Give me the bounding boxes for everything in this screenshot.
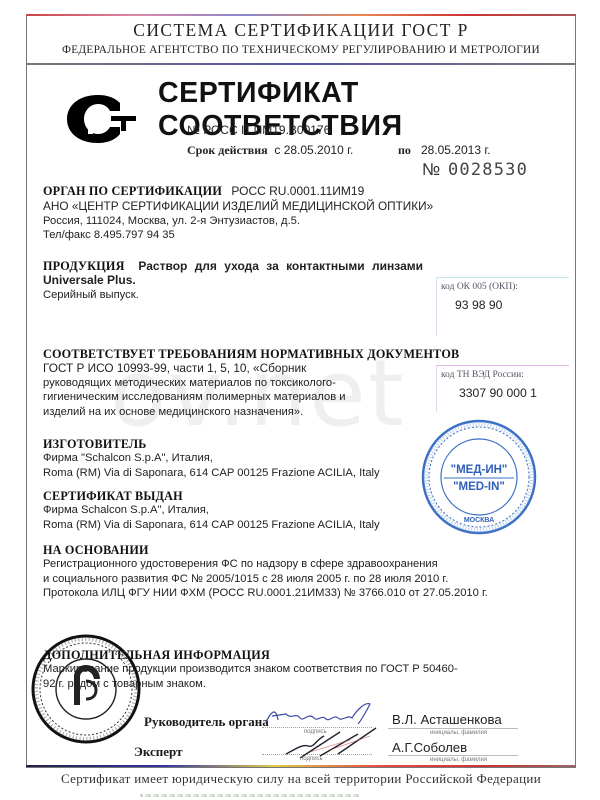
registration-number: № РОСС IT.ИМ19.В00176 — [187, 123, 330, 137]
printer-imprint — [140, 794, 360, 797]
head-name-caption: инициалы, фамилия — [430, 730, 487, 736]
expert-title: Эксперт — [134, 744, 182, 760]
expert-name-line — [388, 755, 518, 756]
certification-body-address: Россия, 111024, Москва, ул. 2-я Энтузиас… — [43, 214, 433, 228]
product-name-line1: Раствор для ухода за контактными линзами — [138, 259, 423, 273]
manufacturer-name: Фирма "Schalcon S.p.A", Италия, — [43, 451, 380, 465]
certification-body-phone: Тел/факс 8.495.797 94 35 — [43, 228, 433, 242]
legal-validity-note: Сертификат имеет юридическую силу на все… — [26, 771, 576, 787]
valid-to-label: по — [398, 143, 411, 157]
conformity-line: ГОСТ Р ИСО 10993-99, части 1, 5, 10, «Сб… — [43, 361, 459, 375]
stamp-line1: "МЕД-ИН" — [451, 464, 508, 476]
top-border-line — [26, 14, 576, 16]
expert-name: А.Г.Соболев — [392, 740, 467, 755]
conformity-line: гигиеническим исследованиям полимерных м… — [43, 390, 459, 404]
certification-body-code: РОСС RU.0001.11ИМ19 — [231, 184, 364, 198]
validity-period: Срок действия с 28.05.2010 г. по 28.05.2… — [187, 143, 353, 158]
head-name: В.Л. Асташенкова — [392, 712, 502, 727]
basis-line: и социального развития ФС № 2005/1015 с … — [43, 572, 488, 586]
conformity-heading: СООТВЕТСТВУЕТ ТРЕБОВАНИЯМ НОРМАТИВНЫХ ДО… — [43, 347, 459, 361]
stamp-city: МОСКВА — [464, 517, 494, 524]
okp-code: 93 98 90 — [455, 298, 569, 312]
okp-label: код ОК 005 (ОКП): — [441, 282, 569, 292]
valid-to-date: 28.05.2013 г. — [421, 143, 491, 157]
product-name-line2: Universale Plus. — [43, 273, 423, 287]
product-release: Серийный выпуск. — [43, 288, 423, 302]
head-name-line — [388, 728, 518, 729]
expert-signature — [280, 722, 390, 762]
med-in-stamp: "МЕД-ИН" "MED-IN" МОСКВА — [420, 418, 538, 536]
basis-line: Протокола ИЛЦ ФГУ НИИ ФХМ (РОСС RU.0001.… — [43, 586, 488, 600]
certification-body-seal — [30, 633, 142, 745]
validity-label: Срок действия — [187, 143, 268, 157]
tnved-code-box: код ТН ВЭД России: 3307 90 000 1 — [436, 365, 569, 412]
tnved-label: код ТН ВЭД России: — [441, 370, 569, 380]
head-title: Руководитель органа — [144, 714, 269, 730]
manufacturer-heading: ИЗГОТОВИТЕЛЬ — [43, 437, 380, 451]
certification-body-name: АНО «ЦЕНТР СЕРТИФИКАЦИИ ИЗДЕЛИЙ МЕДИЦИНС… — [43, 199, 433, 213]
conformity-section: СООТВЕТСТВУЕТ ТРЕБОВАНИЯМ НОРМАТИВНЫХ ДО… — [43, 347, 459, 419]
certification-body-section: ОРГАН ПО СЕРТИФИКАЦИИ РОСС RU.0001.11ИМ1… — [43, 184, 433, 243]
issued-to-heading: СЕРТИФИКАТ ВЫДАН — [43, 489, 380, 503]
tnved-code: 3307 90 000 1 — [459, 386, 569, 400]
conformity-line: руководящих методических материалов по т… — [43, 376, 459, 390]
stamp-line2: "MED-IN" — [453, 481, 505, 493]
system-title: СИСТЕМА СЕРТИФИКАЦИИ ГОСТ Р — [26, 20, 576, 41]
valid-from-prefix: с — [274, 143, 280, 157]
product-heading: ПРОДУКЦИЯ — [43, 259, 125, 273]
basis-section: НА ОСНОВАНИИ Регистрационного удостовере… — [43, 543, 488, 601]
bottom-border-line — [26, 765, 576, 767]
basis-line: Регистрационного удостоверения ФС по над… — [43, 557, 488, 571]
conformity-line: изделий на их основе медицинского назнач… — [43, 405, 459, 419]
expert-name-caption: инициалы, фамилия — [430, 757, 487, 763]
gost-r-rst-mark-icon — [64, 92, 144, 146]
manufacturer-section: ИЗГОТОВИТЕЛЬ Фирма "Schalcon S.p.A", Ита… — [43, 437, 380, 480]
issued-to-address: Roma (RM) Via di Saponara, 614 CAP 00125… — [43, 518, 380, 532]
valid-from-date: 28.05.2010 г. — [284, 143, 354, 157]
okp-code-box: код ОК 005 (ОКП): 93 98 90 — [436, 277, 569, 336]
issued-to-name: Фирма Schalcon S.p.A", Италия, — [43, 503, 380, 517]
issued-to-section: СЕРТИФИКАТ ВЫДАН Фирма Schalcon S.p.A", … — [43, 489, 380, 532]
blank-number: № 0028530 — [422, 160, 528, 180]
manufacturer-address: Roma (RM) Via di Saponara, 614 CAP 00125… — [43, 466, 380, 480]
agency-name: ФЕДЕРАЛЬНОЕ АГЕНТСТВО ПО ТЕХНИЧЕСКОМУ РЕ… — [26, 44, 576, 56]
blank-number-digits: 0028530 — [448, 160, 528, 180]
certification-body-heading: ОРГАН ПО СЕРТИФИКАЦИИ — [43, 184, 222, 198]
header-divider — [27, 63, 575, 65]
product-section: ПРОДУКЦИЯ Раствор для ухода за контактны… — [43, 259, 423, 302]
blank-number-prefix: № — [422, 160, 442, 179]
basis-heading: НА ОСНОВАНИИ — [43, 543, 488, 557]
expert-signature-caption: подпись — [300, 756, 323, 762]
